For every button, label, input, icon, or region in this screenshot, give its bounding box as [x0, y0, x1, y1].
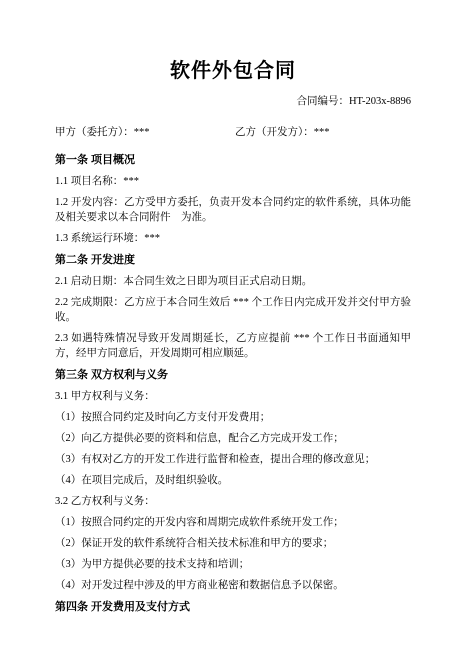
clause-2-1: 2.1 启动日期：本合同生效之日即为项目正式启动日期。: [55, 274, 411, 289]
document-title: 软件外包合同: [55, 58, 411, 84]
clause-3-1: 3.1 甲方权利与义务：: [55, 389, 411, 404]
clause-3-2-item-1: （1）按照合同约定的开发内容和周期完成软件系统开发工作；: [55, 515, 411, 530]
party-b-label: 乙方（开发方）：***: [235, 125, 411, 140]
clause-3-1-item-2: （2）向乙方提供必要的资料和信息，配合乙方完成开发工作；: [55, 431, 411, 446]
contract-number: 合同编号：HT-203x-8896: [55, 94, 411, 109]
clause-3-2-item-3: （3）为甲方提供必要的技术支持和培训；: [55, 557, 411, 572]
clause-1-3: 1.3 系统运行环境：***: [55, 231, 411, 246]
clause-1-2: 1.2 开发内容：乙方受甲方委托，负责开发本合同约定的软件系统，具体功能及相关要…: [55, 195, 411, 225]
contract-document-page: 软件外包合同 合同编号：HT-203x-8896 甲方（委托方）：*** 乙方（…: [0, 0, 463, 655]
clause-3-2-item-2: （2）保证开发的软件系统符合相关技术标准和甲方的要求；: [55, 536, 411, 551]
clause-3-2-item-4: （4）对开发过程中涉及的甲方商业秘密和数据信息予以保密。: [55, 578, 411, 593]
section-2-heading: 第二条 开发进度: [55, 252, 411, 268]
clause-1-1: 1.1 项目名称：***: [55, 174, 411, 189]
section-4-heading: 第四条 开发费用及支付方式: [55, 599, 411, 615]
clause-3-1-item-4: （4）在项目完成后，及时组织验收。: [55, 473, 411, 488]
section-3-heading: 第三条 双方权利与义务: [55, 367, 411, 383]
section-1-heading: 第一条 项目概况: [55, 152, 411, 168]
parties-row: 甲方（委托方）：*** 乙方（开发方）：***: [55, 125, 411, 140]
clause-3-2: 3.2 乙方权利与义务：: [55, 494, 411, 509]
clause-3-1-item-3: （3）有权对乙方的开发工作进行监督和检查，提出合理的修改意见；: [55, 452, 411, 467]
clause-3-1-item-1: （1）按照合同约定及时向乙方支付开发费用；: [55, 410, 411, 425]
clause-2-2: 2.2 完成期限：乙方应于本合同生效后 *** 个工作日内完成开发并交付甲方验收…: [55, 295, 411, 325]
clause-2-3: 2.3 如遇特殊情况导致开发周期延长，乙方应提前 *** 个工作日书面通知甲方，…: [55, 331, 411, 361]
party-a-label: 甲方（委托方）：***: [55, 125, 235, 140]
